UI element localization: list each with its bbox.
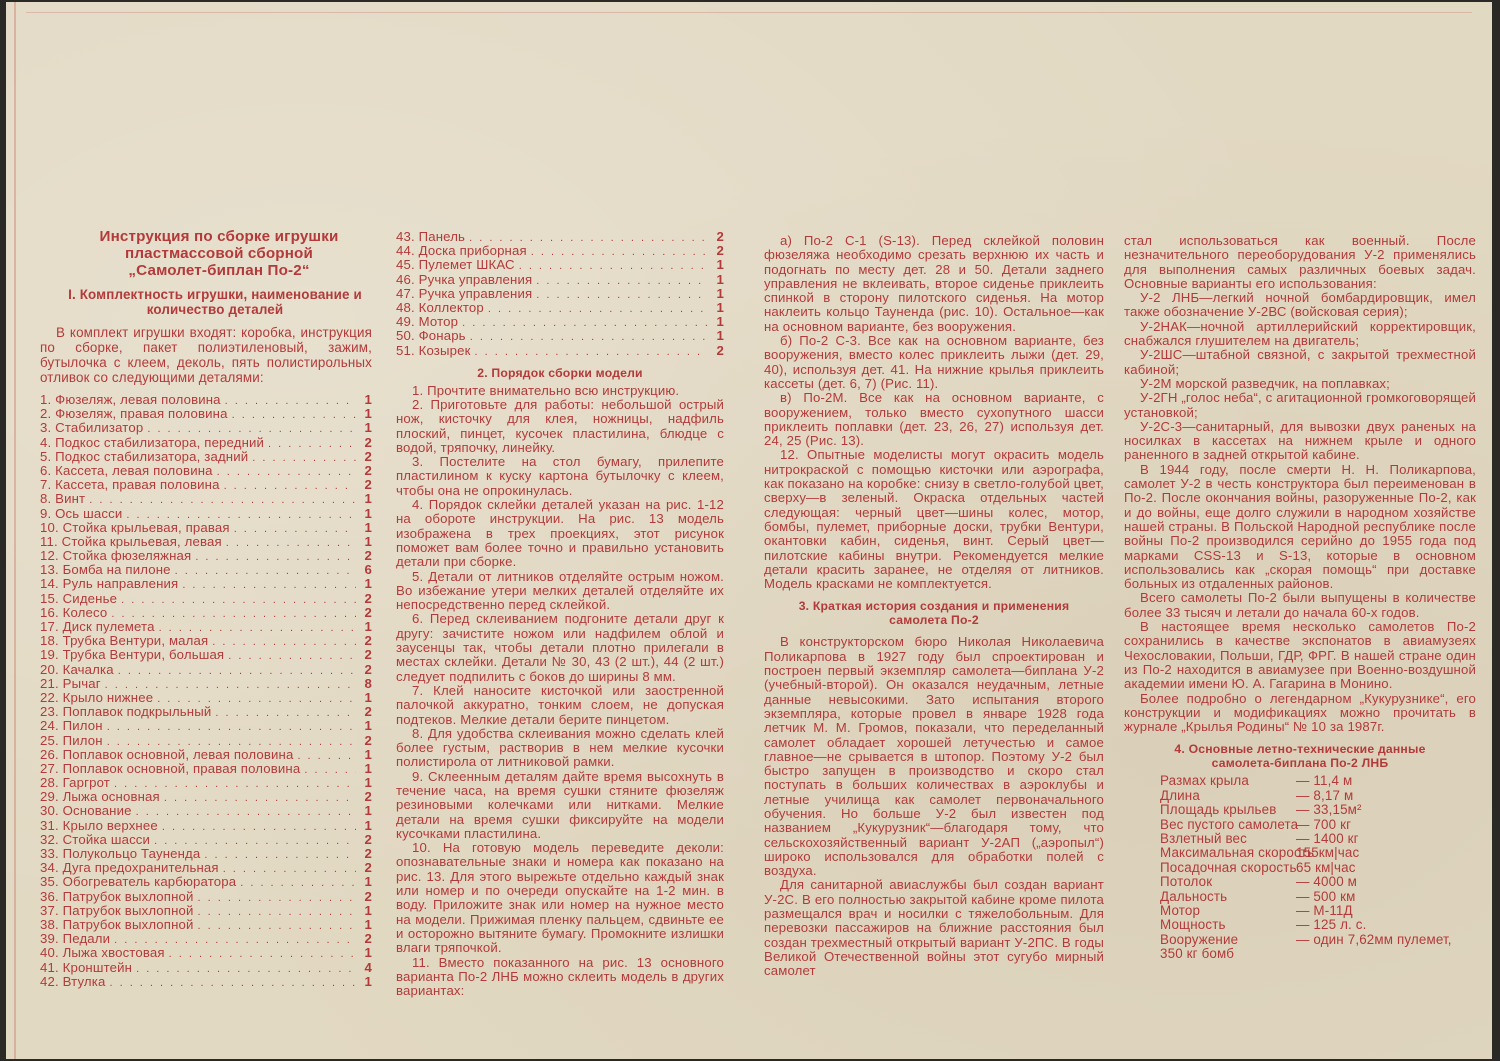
part-name: Винт bbox=[55, 491, 85, 506]
part-row: 27. Поплавок основной, правая половина1 bbox=[40, 762, 372, 776]
part-name: Фюзеляж, левая половина bbox=[55, 392, 221, 407]
part-quantity: 1 bbox=[360, 535, 372, 549]
part-name: Кассета, правая половина bbox=[55, 477, 219, 492]
leader-dots bbox=[136, 962, 356, 976]
document-title: Инструкция по сборке игрушки пластмассов… bbox=[66, 228, 372, 279]
wartime-variant: У-2ГН „голос неба“, с агитационной громк… bbox=[1124, 391, 1476, 420]
part-number: 6. bbox=[40, 463, 51, 478]
part-row: 3. Стабилизатор1 bbox=[40, 421, 372, 435]
leader-dots bbox=[462, 316, 708, 330]
spec-name: Вес пустого самолета bbox=[1160, 818, 1296, 832]
part-quantity: 6 bbox=[360, 563, 372, 577]
part-quantity: 1 bbox=[360, 577, 372, 591]
part-name: Дуга предохранительная bbox=[63, 860, 219, 875]
part-row: 42. Втулка1 bbox=[40, 975, 372, 989]
leader-dots bbox=[225, 394, 356, 408]
part-name: Кронштейн bbox=[63, 960, 132, 975]
part-label: 2. Фюзеляж, правая половина bbox=[40, 407, 228, 421]
part-row: 34. Дуга предохранительная2 bbox=[40, 861, 372, 875]
leader-dots bbox=[164, 791, 356, 805]
leader-dots bbox=[531, 245, 708, 259]
heading-line: 4. Основные летно-технические данные bbox=[1124, 742, 1476, 756]
specifications-table: Размах крыла— 11,4 мДлина— 8,17 мПлощадь… bbox=[1160, 774, 1476, 961]
spec-name: Мощность bbox=[1160, 918, 1296, 932]
part-label: 40. Лыжа хвостовая bbox=[40, 946, 165, 960]
spec-name: Дальность bbox=[1160, 890, 1296, 904]
part-row: 49. Мотор1 bbox=[396, 315, 724, 329]
part-number: 13. bbox=[40, 562, 59, 577]
part-label: 20. Качалка bbox=[40, 663, 114, 677]
part-number: 40. bbox=[40, 945, 59, 960]
history-paragraph: Более подробно о легендарном „Кукурузник… bbox=[1124, 692, 1476, 735]
step-12: 12. Опытные моделисты могут окрасить мод… bbox=[764, 448, 1104, 591]
part-name: Пулемет ШКАС bbox=[419, 257, 515, 272]
part-quantity: 1 bbox=[360, 819, 372, 833]
model-variant: а) По-2 С-1 (S-13). Перед склейкой полов… bbox=[764, 234, 1104, 334]
part-row: 15. Сиденье2 bbox=[40, 592, 372, 606]
spec-value: — 125 л. с. bbox=[1296, 918, 1367, 932]
part-name: Рычаг bbox=[63, 676, 101, 691]
part-row: 18. Трубка Вентури, малая2 bbox=[40, 634, 372, 648]
title-line: „Самолет-биплан По-2“ bbox=[66, 262, 372, 279]
leader-dots bbox=[198, 905, 356, 919]
leader-dots bbox=[195, 550, 356, 564]
part-quantity: 2 bbox=[360, 592, 372, 606]
part-name: Полукольцо Тауненда bbox=[63, 846, 201, 861]
part-label: 46. Ручка управления bbox=[396, 273, 532, 287]
leader-dots bbox=[232, 408, 356, 422]
history-continued: стал использоваться как военный. После н… bbox=[1124, 234, 1476, 291]
part-name: Стойка шасси bbox=[63, 832, 150, 847]
part-number: 37. bbox=[40, 903, 59, 918]
wartime-variants: У-2 ЛНБ—легкий ночной бомбардировщик, им… bbox=[1124, 291, 1476, 463]
part-quantity: 2 bbox=[360, 634, 372, 648]
leader-dots bbox=[109, 976, 356, 990]
column-4: стал использоваться как военный. После н… bbox=[1124, 234, 1476, 962]
part-row: 48. Коллектор1 bbox=[396, 301, 724, 315]
part-label: 22. Крыло нижнее bbox=[40, 691, 153, 705]
part-number: 34. bbox=[40, 860, 59, 875]
part-number: 27. bbox=[40, 761, 59, 776]
part-quantity: 1 bbox=[360, 393, 372, 407]
part-number: 41. bbox=[40, 960, 59, 975]
part-number: 43. bbox=[396, 229, 415, 244]
leader-dots bbox=[234, 522, 356, 536]
part-number: 20. bbox=[40, 662, 59, 677]
part-row: 28. Гаргрот1 bbox=[40, 776, 372, 790]
part-label: 48. Коллектор bbox=[396, 301, 484, 315]
spec-row: Вес пустого самолета— 700 кг bbox=[1160, 818, 1476, 832]
heading-line: самолета По-2 bbox=[764, 613, 1104, 627]
part-row: 31. Крыло верхнее1 bbox=[40, 819, 372, 833]
part-quantity: 8 bbox=[360, 677, 372, 691]
spec-row: Взлетный вес— 1400 кг bbox=[1160, 832, 1476, 846]
parts-list: 1. Фюзеляж, левая половина12. Фюзеляж, п… bbox=[40, 393, 372, 989]
part-quantity: 1 bbox=[360, 719, 372, 733]
part-row: 41. Кронштейн4 bbox=[40, 961, 372, 975]
part-row: 38. Патрубок выхлопной1 bbox=[40, 918, 372, 932]
spec-value: — 11,4 м bbox=[1296, 774, 1352, 788]
part-quantity: 1 bbox=[360, 507, 372, 521]
wartime-variant: У-2 ЛНБ—легкий ночной бомбардировщик, им… bbox=[1124, 291, 1476, 320]
section-2-heading: 2. Порядок сборки модели bbox=[396, 366, 724, 380]
part-name: Панель bbox=[419, 229, 465, 244]
part-label: 15. Сиденье bbox=[40, 592, 117, 606]
part-quantity: 1 bbox=[712, 273, 724, 287]
part-quantity: 2 bbox=[360, 847, 372, 861]
part-name: Качалка bbox=[63, 662, 114, 677]
part-row: 29. Лыжа основная2 bbox=[40, 790, 372, 804]
part-quantity: 1 bbox=[360, 946, 372, 960]
leader-dots bbox=[304, 763, 356, 777]
spec-name: Взлетный вес bbox=[1160, 832, 1296, 846]
spec-value: — М-11Д bbox=[1296, 904, 1353, 918]
assembly-step: 1. Прочтите внимательно всю инструкцию. bbox=[396, 384, 724, 398]
model-variant: в) По-2М. Все как на основном варианте, … bbox=[764, 391, 1104, 448]
spec-name: Максимальная скорость bbox=[1160, 846, 1296, 860]
part-label: 37. Патрубок выхлопной bbox=[40, 904, 194, 918]
assembly-step: 11. Вместо показанного на рис. 13 основн… bbox=[396, 956, 724, 999]
part-row: 45. Пулемет ШКАС1 bbox=[396, 258, 724, 272]
part-name: Ручка управления bbox=[419, 286, 533, 301]
part-row: 8. Винт1 bbox=[40, 492, 372, 506]
history-paragraphs: В 1944 году, после смерти Н. Н. Поликарп… bbox=[1124, 463, 1476, 735]
wartime-variant: У-2М морской разведчик, на поплавках; bbox=[1124, 377, 1476, 391]
leader-dots bbox=[121, 593, 356, 607]
document-sheet: Инструкция по сборке игрушки пластмассов… bbox=[6, 2, 1492, 1059]
part-number: 10. bbox=[40, 520, 59, 535]
model-variant: б) По-2 С-3. Все как на основном вариант… bbox=[764, 334, 1104, 391]
part-number: 12. bbox=[40, 548, 59, 563]
wartime-variant: У-2С-3—санитарный, для вывозки двух ране… bbox=[1124, 420, 1476, 463]
spec-name: Площадь крыльев bbox=[1160, 803, 1296, 817]
part-label: 25. Пилон bbox=[40, 734, 103, 748]
part-row: 17. Диск пулемета1 bbox=[40, 620, 372, 634]
leader-dots bbox=[175, 564, 356, 578]
part-number: 17. bbox=[40, 619, 59, 634]
part-quantity: 2 bbox=[360, 450, 372, 464]
part-label: 42. Втулка bbox=[40, 975, 105, 989]
spec-row: Вооружение— один 7,62мм пулемет, bbox=[1160, 933, 1476, 947]
spec-value: — 1400 кг bbox=[1296, 832, 1359, 846]
part-number: 9. bbox=[40, 506, 51, 521]
part-number: 24. bbox=[40, 718, 59, 733]
part-row: 46. Ручка управления1 bbox=[396, 273, 724, 287]
part-row: 44. Доска приборная2 bbox=[396, 244, 724, 258]
part-quantity: 2 bbox=[712, 230, 724, 244]
part-name: Сиденье bbox=[63, 591, 117, 606]
part-name: Патрубок выхлопной bbox=[63, 903, 194, 918]
part-name: Фюзеляж, правая половина bbox=[55, 406, 227, 421]
part-quantity: 1 bbox=[712, 301, 724, 315]
section-1-heading: I. Комплектность игрушки, наименование и… bbox=[58, 287, 372, 317]
part-name: Стойка крыльевая, левая bbox=[62, 534, 222, 549]
part-row: 2. Фюзеляж, правая половина1 bbox=[40, 407, 372, 421]
assembly-step: 10. На готовую модель переведите деколи:… bbox=[396, 841, 724, 955]
part-row: 6. Кассета, левая половина2 bbox=[40, 464, 372, 478]
part-quantity: 1 bbox=[360, 407, 372, 421]
part-label: 16. Колесо bbox=[40, 606, 107, 620]
wartime-variant: У-2ШС—штабной связной, с закрытой трехме… bbox=[1124, 348, 1476, 377]
part-name: Пилон bbox=[63, 733, 103, 748]
part-name: Патрубок выхлопной bbox=[63, 917, 194, 932]
leader-dots bbox=[198, 919, 356, 933]
part-quantity: 1 bbox=[360, 875, 372, 889]
part-row: 37. Патрубок выхлопной1 bbox=[40, 904, 372, 918]
part-number: 32. bbox=[40, 832, 59, 847]
part-label: 10. Стойка крыльевая, правая bbox=[40, 521, 230, 535]
part-name: Поплавок основной, левая половина bbox=[63, 747, 294, 762]
assembly-step: 3. Постелите на стол бумагу, прилепите п… bbox=[396, 455, 724, 498]
assembly-step: 9. Склеенным деталям дайте время высохну… bbox=[396, 770, 724, 841]
part-label: 36. Патрубок выхлопной bbox=[40, 890, 194, 904]
part-label: 28. Гаргрот bbox=[40, 776, 110, 790]
leader-dots bbox=[252, 451, 356, 465]
part-number: 25. bbox=[40, 733, 59, 748]
part-label: 24. Пилон bbox=[40, 719, 103, 733]
title-line: пластмассовой сборной bbox=[66, 245, 372, 262]
part-label: 6. Кассета, левая половина bbox=[40, 464, 213, 478]
wartime-variant: У-2НАК—ночной артиллерийский корректиров… bbox=[1124, 320, 1476, 349]
part-number: 38. bbox=[40, 917, 59, 932]
part-name: Козырек bbox=[419, 343, 471, 358]
part-label: 34. Дуга предохранительная bbox=[40, 861, 219, 875]
leader-dots bbox=[89, 493, 356, 507]
part-quantity: 1 bbox=[360, 492, 372, 506]
part-label: 8. Винт bbox=[40, 492, 85, 506]
part-label: 23. Поплавок подкрыльный bbox=[40, 705, 211, 719]
part-row: 35. Обогреватель карбюратора1 bbox=[40, 875, 372, 889]
part-number: 19. bbox=[40, 647, 59, 662]
history-paragraph: В конструкторском бюро Николая Николаеви… bbox=[764, 635, 1104, 878]
part-quantity: 1 bbox=[712, 258, 724, 272]
leader-dots bbox=[240, 876, 356, 890]
part-label: 43. Панель bbox=[396, 230, 465, 244]
part-number: 7. bbox=[40, 477, 51, 492]
part-name: Поплавок основной, правая половина bbox=[63, 761, 301, 776]
part-label: 33. Полукольцо Тауненда bbox=[40, 847, 200, 861]
part-number: 46. bbox=[396, 272, 415, 287]
spec-name: Длина bbox=[1160, 789, 1296, 803]
title-line: Инструкция по сборке игрушки bbox=[66, 228, 372, 245]
part-row: 9. Ось шасси1 bbox=[40, 507, 372, 521]
leader-dots bbox=[268, 437, 356, 451]
part-number: 14. bbox=[40, 576, 59, 591]
part-label: 50. Фонарь bbox=[396, 329, 466, 343]
part-name: Крыло верхнее bbox=[63, 818, 158, 833]
part-quantity: 1 bbox=[360, 804, 372, 818]
part-number: 5. bbox=[40, 449, 51, 464]
spec-value: — 8,17 м bbox=[1296, 789, 1353, 803]
part-row: 22. Крыло нижнее1 bbox=[40, 691, 372, 705]
heading-line: самолета-биплана По-2 ЛНБ bbox=[1124, 756, 1476, 770]
heading-line: количество деталей bbox=[58, 302, 372, 317]
leader-dots bbox=[536, 288, 708, 302]
history-paragraph: Для санитарной авиаслужбы был создан вар… bbox=[764, 878, 1104, 978]
part-name: Подкос стабилизатора, передний bbox=[55, 435, 264, 450]
part-name: Ось шасси bbox=[55, 506, 122, 521]
part-row: 19. Трубка Вентури, большая2 bbox=[40, 648, 372, 662]
part-label: 39. Педали bbox=[40, 932, 110, 946]
part-quantity: 2 bbox=[360, 464, 372, 478]
spec-value: — 4000 м bbox=[1296, 875, 1357, 889]
leader-dots bbox=[204, 848, 356, 862]
part-label: 45. Пулемет ШКАС bbox=[396, 258, 515, 272]
leader-dots bbox=[223, 862, 356, 876]
part-label: 49. Мотор bbox=[396, 315, 458, 329]
part-number: 36. bbox=[40, 889, 59, 904]
assembly-step: 6. Перед склеиванием подгоните детали др… bbox=[396, 612, 724, 683]
assembly-step: 7. Клей наносите кисточкой или заостренн… bbox=[396, 684, 724, 727]
part-name: Диск пулемета bbox=[63, 619, 155, 634]
part-label: 47. Ручка управления bbox=[396, 287, 532, 301]
heading-line: I. Комплектность игрушки, наименование и bbox=[58, 287, 372, 302]
part-label: 1. Фюзеляж, левая половина bbox=[40, 393, 221, 407]
part-quantity: 1 bbox=[360, 620, 372, 634]
history-paragraph: В настоящее время несколько самолетов По… bbox=[1124, 620, 1476, 691]
spec-row: Потолок— 4000 м bbox=[1160, 875, 1476, 889]
part-name: Педали bbox=[63, 931, 111, 946]
part-label: 35. Обогреватель карбюратора bbox=[40, 875, 236, 889]
part-label: 19. Трубка Вентури, большая bbox=[40, 648, 224, 662]
part-quantity: 1 bbox=[360, 748, 372, 762]
part-row: 40. Лыжа хвостовая1 bbox=[40, 946, 372, 960]
part-row: 47. Ручка управления1 bbox=[396, 287, 724, 301]
part-name: Основание bbox=[63, 803, 132, 818]
part-row: 16. Колесо2 bbox=[40, 606, 372, 620]
part-label: 41. Кронштейн bbox=[40, 961, 132, 975]
part-row: 43. Панель2 bbox=[396, 230, 724, 244]
leader-dots bbox=[169, 947, 356, 961]
part-name: Обогреватель карбюратора bbox=[63, 874, 237, 889]
part-row: 30. Основание1 bbox=[40, 804, 372, 818]
leader-dots bbox=[470, 330, 708, 344]
part-quantity: 1 bbox=[712, 287, 724, 301]
part-row: 20. Качалка2 bbox=[40, 663, 372, 677]
part-name: Руль направления bbox=[63, 576, 179, 591]
part-quantity: 2 bbox=[360, 932, 372, 946]
part-row: 14. Руль направления1 bbox=[40, 577, 372, 591]
part-number: 50. bbox=[396, 328, 415, 343]
part-quantity: 2 bbox=[360, 790, 372, 804]
spec-row: Размах крыла— 11,4 м bbox=[1160, 774, 1476, 788]
part-label: 4. Подкос стабилизатора, передний bbox=[40, 436, 264, 450]
part-number: 44. bbox=[396, 243, 415, 258]
column-2: 43. Панель244. Доска приборная245. Пулем… bbox=[396, 230, 724, 998]
part-row: 25. Пилон2 bbox=[40, 734, 372, 748]
part-number: 23. bbox=[40, 704, 59, 719]
part-label: 13. Бомба на пилоне bbox=[40, 563, 171, 577]
history-paragraph: Всего самолеты По-2 были выпущены в коли… bbox=[1124, 591, 1476, 620]
part-quantity: 1 bbox=[360, 904, 372, 918]
part-row: 26. Поплавок основной, левая половина1 bbox=[40, 748, 372, 762]
spec-value: — 33,15м² bbox=[1296, 803, 1362, 817]
leader-dots bbox=[215, 706, 356, 720]
spec-row: Мощность— 125 л. с. bbox=[1160, 918, 1476, 932]
part-quantity: 2 bbox=[712, 244, 724, 258]
assembly-step: 8. Для удобства склеивания можно сделать… bbox=[396, 727, 724, 770]
part-number: 51. bbox=[396, 343, 415, 358]
part-quantity: 1 bbox=[360, 762, 372, 776]
part-number: 45. bbox=[396, 257, 415, 272]
part-quantity: 2 bbox=[360, 478, 372, 492]
part-row: 10. Стойка крыльевая, правая1 bbox=[40, 521, 372, 535]
spec-row: Длина— 8,17 м bbox=[1160, 789, 1476, 803]
spec-row: Площадь крыльев— 33,15м² bbox=[1160, 803, 1476, 817]
part-quantity: 4 bbox=[360, 961, 372, 975]
history-paragraph: В 1944 году, после смерти Н. Н. Поликарп… bbox=[1124, 463, 1476, 592]
leader-dots bbox=[228, 649, 356, 663]
part-row: 21. Рычаг8 bbox=[40, 677, 372, 691]
part-name: Гаргрот bbox=[63, 775, 110, 790]
spec-name: 350 кг бомб bbox=[1160, 947, 1296, 961]
section-4-heading: 4. Основные летно-технические данные сам… bbox=[1124, 742, 1476, 770]
part-label: 18. Трубка Вентури, малая bbox=[40, 634, 208, 648]
part-name: Втулка bbox=[63, 974, 106, 989]
part-number: 48. bbox=[396, 300, 415, 315]
part-name: Мотор bbox=[419, 314, 459, 329]
section-1-intro: В комплект игрушки входят: коробка, инст… bbox=[40, 325, 372, 385]
part-label: 12. Стойка фюзеляжная bbox=[40, 549, 191, 563]
part-number: 31. bbox=[40, 818, 59, 833]
part-label: 51. Козырек bbox=[396, 344, 471, 358]
part-name: Поплавок подкрыльный bbox=[63, 704, 212, 719]
part-row: 4. Подкос стабилизатора, передний2 bbox=[40, 436, 372, 450]
part-number: 1. bbox=[40, 392, 51, 407]
part-quantity: 1 bbox=[360, 691, 372, 705]
part-number: 35. bbox=[40, 874, 59, 889]
leader-dots bbox=[162, 820, 356, 834]
part-number: 8. bbox=[40, 491, 51, 506]
part-number: 16. bbox=[40, 605, 59, 620]
part-number: 49. bbox=[396, 314, 415, 329]
part-label: 5. Подкос стабилизатора, задний bbox=[40, 450, 248, 464]
section-3-heading: 3. Краткая история создания и применения… bbox=[764, 599, 1104, 627]
part-row: 12. Стойка фюзеляжная2 bbox=[40, 549, 372, 563]
part-number: 3. bbox=[40, 420, 51, 435]
part-name: Стойка крыльевая, правая bbox=[63, 520, 230, 535]
part-number: 42. bbox=[40, 974, 59, 989]
part-quantity: 2 bbox=[360, 734, 372, 748]
part-row: 33. Полукольцо Тауненда2 bbox=[40, 847, 372, 861]
print-guide-line bbox=[26, 12, 1472, 13]
spec-row: Посадочная скорость65 км|час bbox=[1160, 861, 1476, 875]
part-label: 14. Руль направления bbox=[40, 577, 178, 591]
part-quantity: 2 bbox=[360, 606, 372, 620]
part-name: Ручка управления bbox=[419, 272, 533, 287]
assembly-step: 2. Приготовьте для работы: небольшой ост… bbox=[396, 398, 724, 455]
part-name: Стойка фюзеляжная bbox=[63, 548, 192, 563]
part-label: 38. Патрубок выхлопной bbox=[40, 918, 194, 932]
part-quantity: 2 bbox=[360, 833, 372, 847]
leader-dots bbox=[217, 465, 356, 479]
part-quantity: 2 bbox=[360, 663, 372, 677]
part-number: 18. bbox=[40, 633, 59, 648]
leader-dots bbox=[226, 536, 356, 550]
part-label: 17. Диск пулемета bbox=[40, 620, 155, 634]
column-1: Инструкция по сборке игрушки пластмассов… bbox=[40, 228, 372, 989]
part-number: 26. bbox=[40, 747, 59, 762]
part-row: 7. Кассета, правая половина2 bbox=[40, 478, 372, 492]
leader-dots bbox=[212, 635, 356, 649]
part-number: 47. bbox=[396, 286, 415, 301]
spec-value: — 500 км bbox=[1296, 890, 1355, 904]
part-row: 32. Стойка шасси2 bbox=[40, 833, 372, 847]
model-variants: а) По-2 С-1 (S-13). Перед склейкой полов… bbox=[764, 234, 1104, 448]
part-quantity: 2 bbox=[360, 890, 372, 904]
part-number: 22. bbox=[40, 690, 59, 705]
part-label: 32. Стойка шасси bbox=[40, 833, 150, 847]
